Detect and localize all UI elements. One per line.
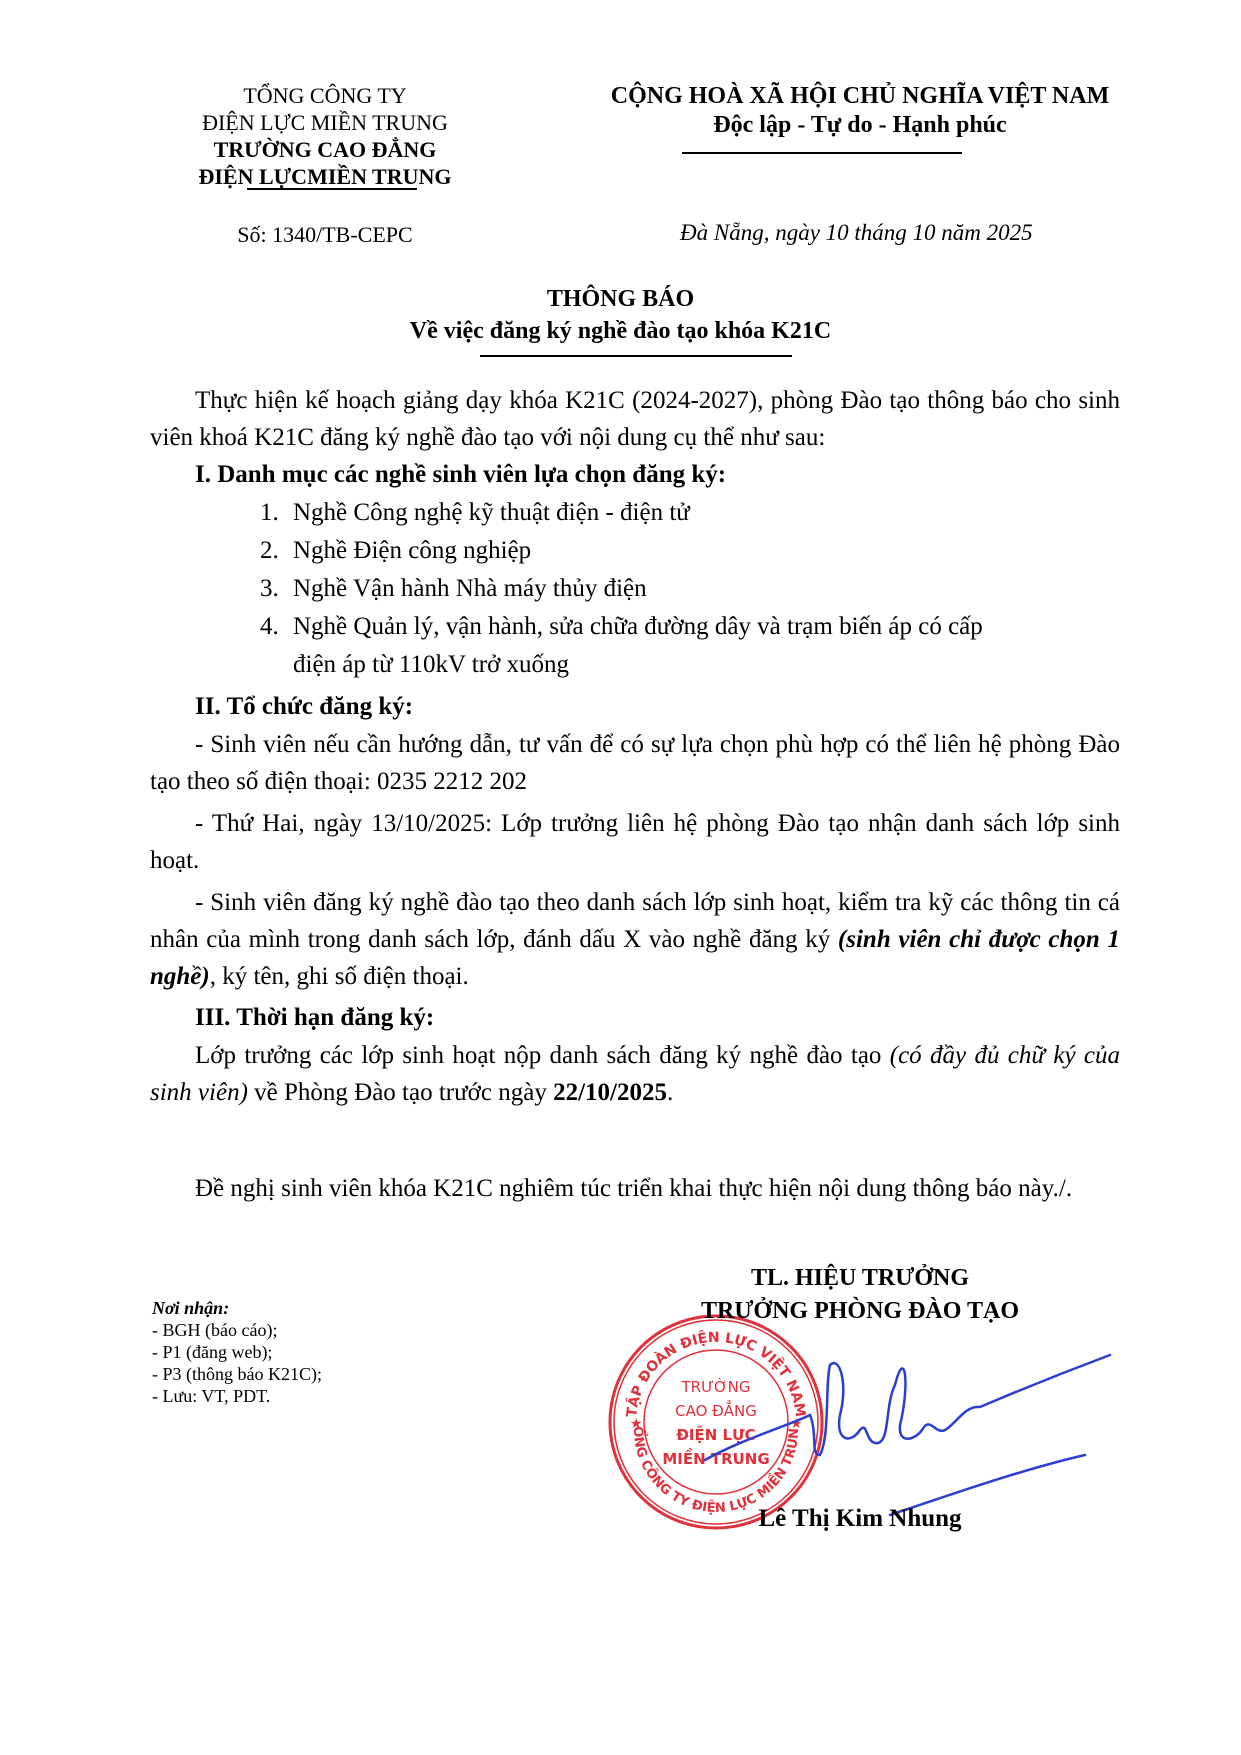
section-2-paragraph-2: - Thứ Hai, ngày 13/10/2025: Lớp trưởng l… [150, 805, 1120, 879]
recipient-item: - BGH (báo cáo); [152, 1319, 322, 1341]
document-number: Số: 1340/TB-CEPC [150, 222, 500, 248]
org-line-3: TRƯỜNG CAO ĐẲNG [150, 136, 500, 163]
signer-position: TRƯỞNG PHÒNG ĐÀO TẠO [600, 1295, 1120, 1328]
recipient-item: - P1 (đăng web); [152, 1341, 322, 1363]
handwritten-signature-icon [700, 1345, 1120, 1530]
section-1-heading: I. Danh mục các nghề sinh viên lựa chọn … [195, 456, 1165, 493]
issue-date: Đà Nẵng, ngày 10 tháng 10 năm 2025 [680, 220, 1033, 246]
national-motto: Độc lập - Tự do - Hạnh phúc [560, 111, 1160, 140]
signer-name: Lê Thị Kim Nhung [600, 1505, 1120, 1533]
intro-paragraph: Thực hiện kế hoạch giảng dạy khóa K21C (… [150, 382, 1120, 456]
section-3-heading: III. Thời hạn đăng ký: [195, 999, 1165, 1036]
org-line-2: ĐIỆN LỰC MIỀN TRUNG [150, 109, 500, 136]
section-2-paragraph-1: - Sinh viên nếu cần hướng dẫn, tư vấn để… [150, 726, 1120, 800]
org-line-1: TỔNG CÔNG TY [150, 82, 500, 109]
list-item-continuation: điện áp từ 110kV trở xuống [293, 646, 569, 683]
issuing-organization: TỔNG CÔNG TY ĐIỆN LỰC MIỀN TRUNG TRƯỜNG … [150, 82, 500, 190]
recipients-block: Nơi nhận: - BGH (báo cáo); - P1 (đăng we… [152, 1297, 322, 1407]
list-item: 3.Nghề Vận hành Nhà máy thủy điện [260, 570, 647, 607]
national-title: CỘNG HOÀ XÃ HỘI CHỦ NGHĨA VIỆT NAM [560, 82, 1160, 111]
list-item: 1.Nghề Công nghệ kỹ thuật điện - điện tử [260, 494, 690, 531]
national-header: CỘNG HOÀ XÃ HỘI CHỦ NGHĨA VIỆT NAM Độc l… [560, 82, 1160, 140]
section-2-heading: II. Tổ chức đăng ký: [195, 688, 1165, 725]
section-3-paragraph: Lớp trưởng các lớp sinh hoạt nộp danh sá… [150, 1037, 1120, 1111]
list-item: 4.Nghề Quản lý, vận hành, sửa chữa đường… [260, 608, 983, 645]
org-line-4: ĐIỆN LỰCMIỀN TRUNG [150, 163, 500, 190]
svg-text:★: ★ [630, 1417, 643, 1432]
list-item: 2.Nghề Điện công nghiệp [260, 532, 531, 569]
signer-authority: TL. HIỆU TRƯỞNG [600, 1262, 1120, 1295]
subtitle-underline [480, 355, 792, 357]
recipients-title: Nơi nhận: [152, 1297, 322, 1319]
recipient-item: - P3 (thông báo K21C); [152, 1363, 322, 1385]
closing-paragraph: Đề nghị sinh viên khóa K21C nghiêm túc t… [150, 1170, 1120, 1207]
document-title: THÔNG BÁO [0, 286, 1241, 313]
recipient-item: - Lưu: VT, PDT. [152, 1385, 322, 1407]
section-2-paragraph-3: - Sinh viên đăng ký nghề đào tạo theo da… [150, 884, 1120, 995]
document-subtitle: Về việc đăng ký nghề đào tạo khóa K21C [0, 318, 1241, 345]
org-underline [247, 188, 417, 190]
motto-underline [682, 152, 962, 154]
